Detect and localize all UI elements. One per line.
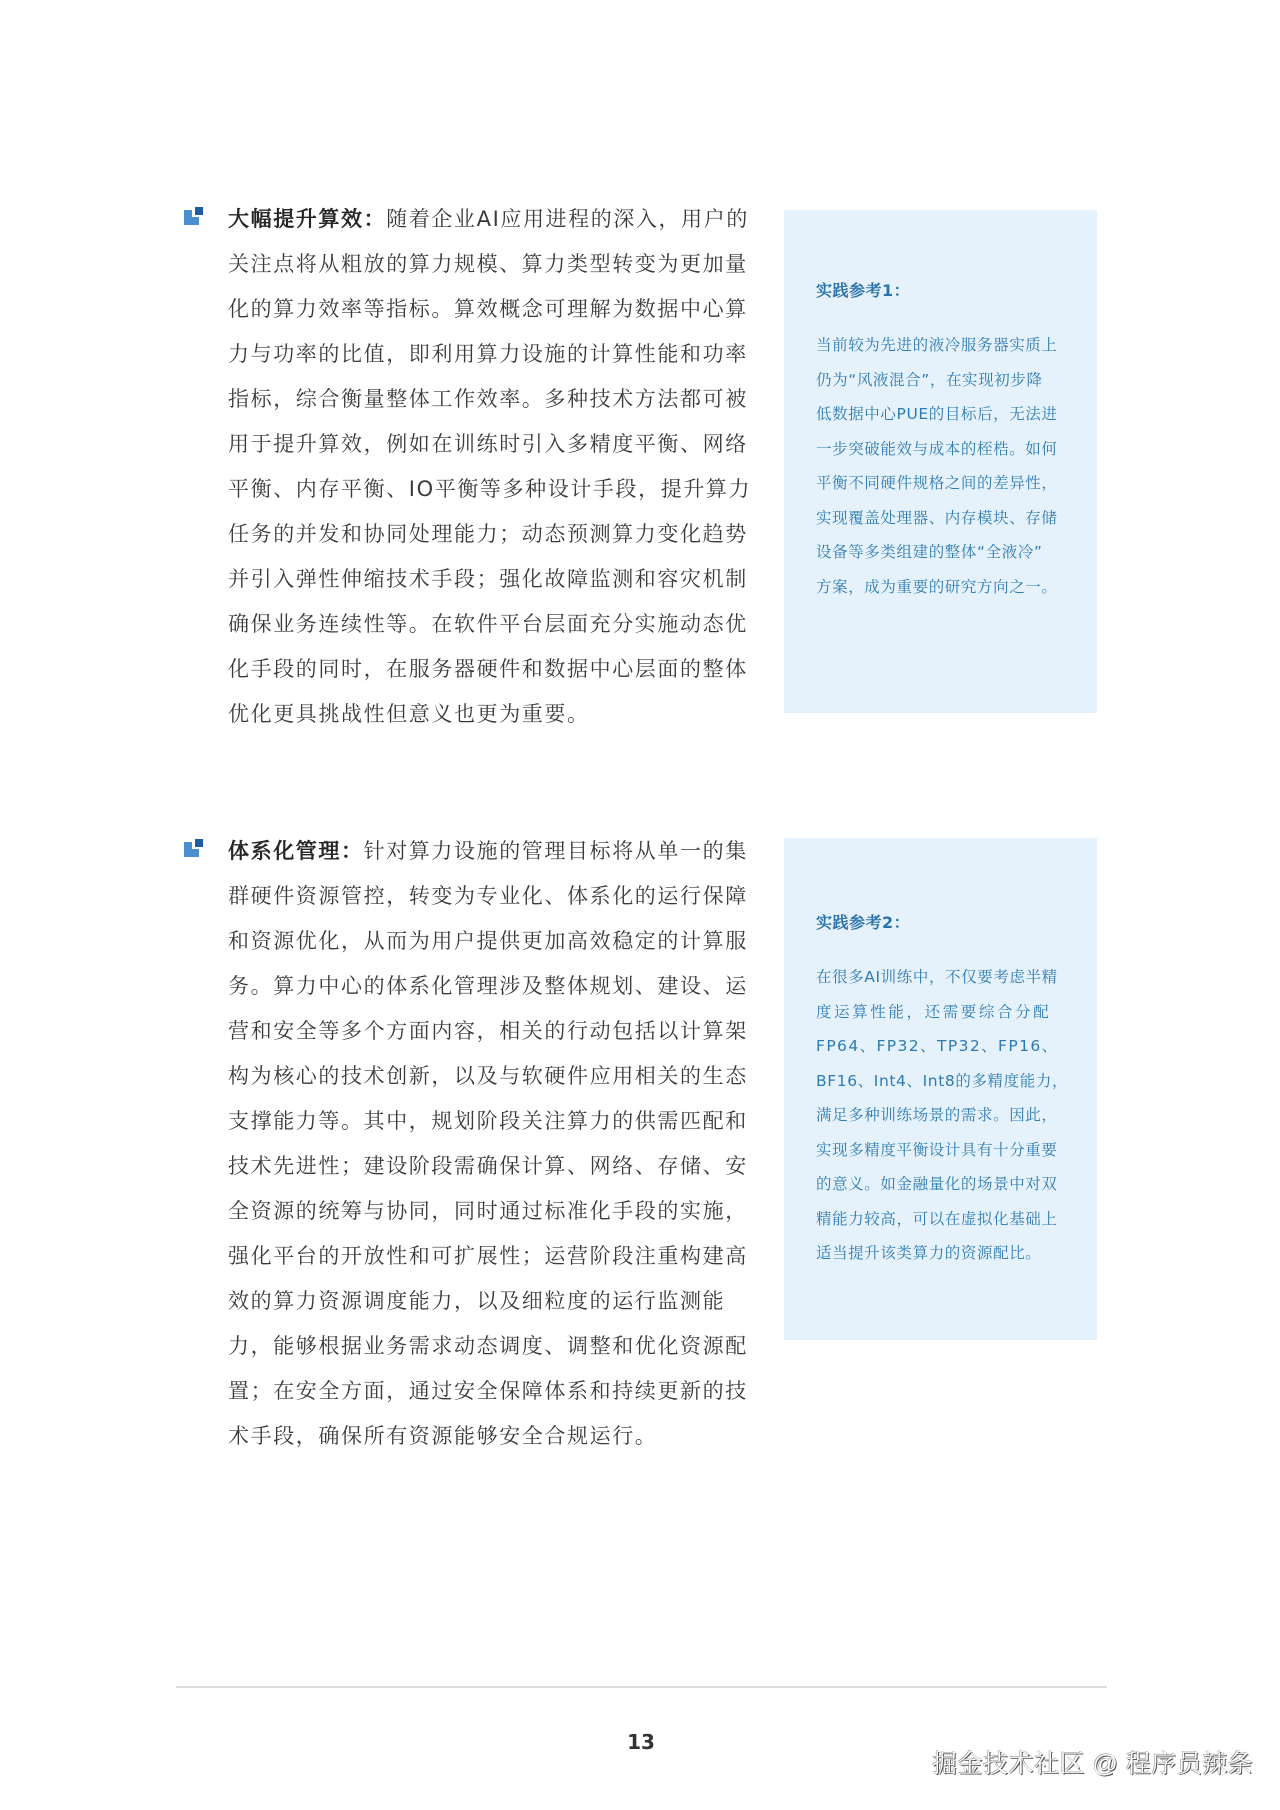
text-line: 构为核心的技术创新，以及与软硬件应用相关的生态 [228,1054,738,1099]
practice-reference-box: 实践参考1： 当前较为先进的液冷服务器实质上 仍为“风液混合”，在实现初步降 低… [784,210,1097,713]
text-line: 优化更具挑战性但意义也更为重要。 [228,692,738,737]
body-paragraph: 大幅提升算效：随着企业AI应用进程的深入，用户的 关注点将从粗放的算力规模、算力… [228,197,738,737]
page-number: 13 [600,1730,682,1754]
reference-body: 当前较为先进的液冷服务器实质上 仍为“风液混合”，在实现初步降 低数据中心PUE… [816,328,1081,604]
text-line: 化的算力效率等指标。算效概念可理解为数据中心算 [228,287,738,332]
text-line: FP64、FP32、TP32、FP16、 [816,1029,1081,1064]
text-line: 实现覆盖处理器、内存模块、存储 [816,501,1081,536]
body-paragraph: 体系化管理：针对算力设施的管理目标将从单一的集 群硬件资源管控，转变为专业化、体… [228,829,738,1459]
reference-title: 实践参考2： [816,910,910,933]
text-line: BF16、Int4、Int8的多精度能力， [816,1064,1081,1099]
text-line: 力与功率的比值，即利用算力设施的计算性能和功率 [228,332,738,377]
text-line: 和资源优化，从而为用户提供更加高效稳定的计算服 [228,919,738,964]
text-line: 满足多种训练场景的需求。因此， [816,1098,1081,1133]
text-line: 精能力较高，可以在虚拟化基础上 [816,1202,1081,1237]
text-line: 强化平台的开放性和可扩展性；运营阶段注重构建高 [228,1234,738,1279]
square-bullet-icon [184,838,204,858]
text-line: 并引入弹性伸缩技术手段；强化故障监测和容灾机制 [228,557,738,602]
text-line: 营和安全等多个方面内容，相关的行动包括以计算架 [228,1009,738,1054]
text-line: 在很多AI训练中，不仅要考虑半精 [816,960,1081,995]
text-line: 关注点将从粗放的算力规模、算力类型转变为更加量 [228,242,738,287]
paragraph-lead: 体系化管理： [228,839,364,863]
reference-body: 在很多AI训练中，不仅要考虑半精 度运算性能，还需要综合分配 FP64、FP32… [816,960,1081,1271]
text-line: 力，能够根据业务需求动态调度、调整和优化资源配 [228,1324,738,1369]
text-line: 设备等多类组建的整体“全液冷” [816,535,1081,570]
text-line: 平衡不同硬件规格之间的差异性， [816,466,1081,501]
square-bullet-icon [184,206,204,226]
text-line: 针对算力设施的管理目标将从单一的集 [364,839,748,863]
text-line: 术手段，确保所有资源能够安全合规运行。 [228,1414,738,1459]
text-line: 的意义。如金融量化的场景中对双 [816,1167,1081,1202]
text-line: 务。算力中心的体系化管理涉及整体规划、建设、运 [228,964,738,1009]
text-line: 一步突破能效与成本的桎梏。如何 [816,432,1081,467]
text-line: 全资源的统筹与协同，同时通过标准化手段的实施， [228,1189,738,1234]
text-line: 指标，综合衡量整体工作效率。多种技术方法都可被 [228,377,738,422]
paragraph-lead: 大幅提升算效： [228,207,386,231]
watermark: 掘金技术社区 @ 程序员辣条 [932,1744,1253,1780]
text-line: 低数据中心PUE的目标后，无法进 [816,397,1081,432]
text-line: 效的算力资源调度能力，以及细粒度的运行监测能 [228,1279,738,1324]
text-line: 技术先进性；建设阶段需确保计算、网络、存储、安 [228,1144,738,1189]
practice-reference-box: 实践参考2： 在很多AI训练中，不仅要考虑半精 度运算性能，还需要综合分配 FP… [784,838,1097,1340]
text-line: 平衡、内存平衡、IO平衡等多种设计手段，提升算力 [228,467,738,512]
text-line: 确保业务连续性等。在软件平台层面充分实施动态优 [228,602,738,647]
text-line: 支撑能力等。其中，规划阶段关注算力的供需匹配和 [228,1099,738,1144]
text-line: 方案，成为重要的研究方向之一。 [816,570,1081,605]
text-line: 实现多精度平衡设计具有十分重要 [816,1133,1081,1168]
text-line: 当前较为先进的液冷服务器实质上 [816,328,1081,363]
text-line: 用于提升算效，例如在训练时引入多精度平衡、网络 [228,422,738,467]
text-line: 化手段的同时，在服务器硬件和数据中心层面的整体 [228,647,738,692]
text-line: 群硬件资源管控，转变为专业化、体系化的运行保障 [228,874,738,919]
text-line: 度运算性能，还需要综合分配 [816,995,1081,1030]
text-line: 随着企业AI应用进程的深入，用户的 [386,207,749,231]
text-line: 仍为“风液混合”，在实现初步降 [816,363,1081,398]
text-line: 置；在安全方面，通过安全保障体系和持续更新的技 [228,1369,738,1414]
reference-title: 实践参考1： [816,278,910,301]
text-line: 适当提升该类算力的资源配比。 [816,1236,1081,1271]
text-line: 任务的并发和协同处理能力；动态预测算力变化趋势 [228,512,738,557]
footer-divider [176,1686,1107,1688]
